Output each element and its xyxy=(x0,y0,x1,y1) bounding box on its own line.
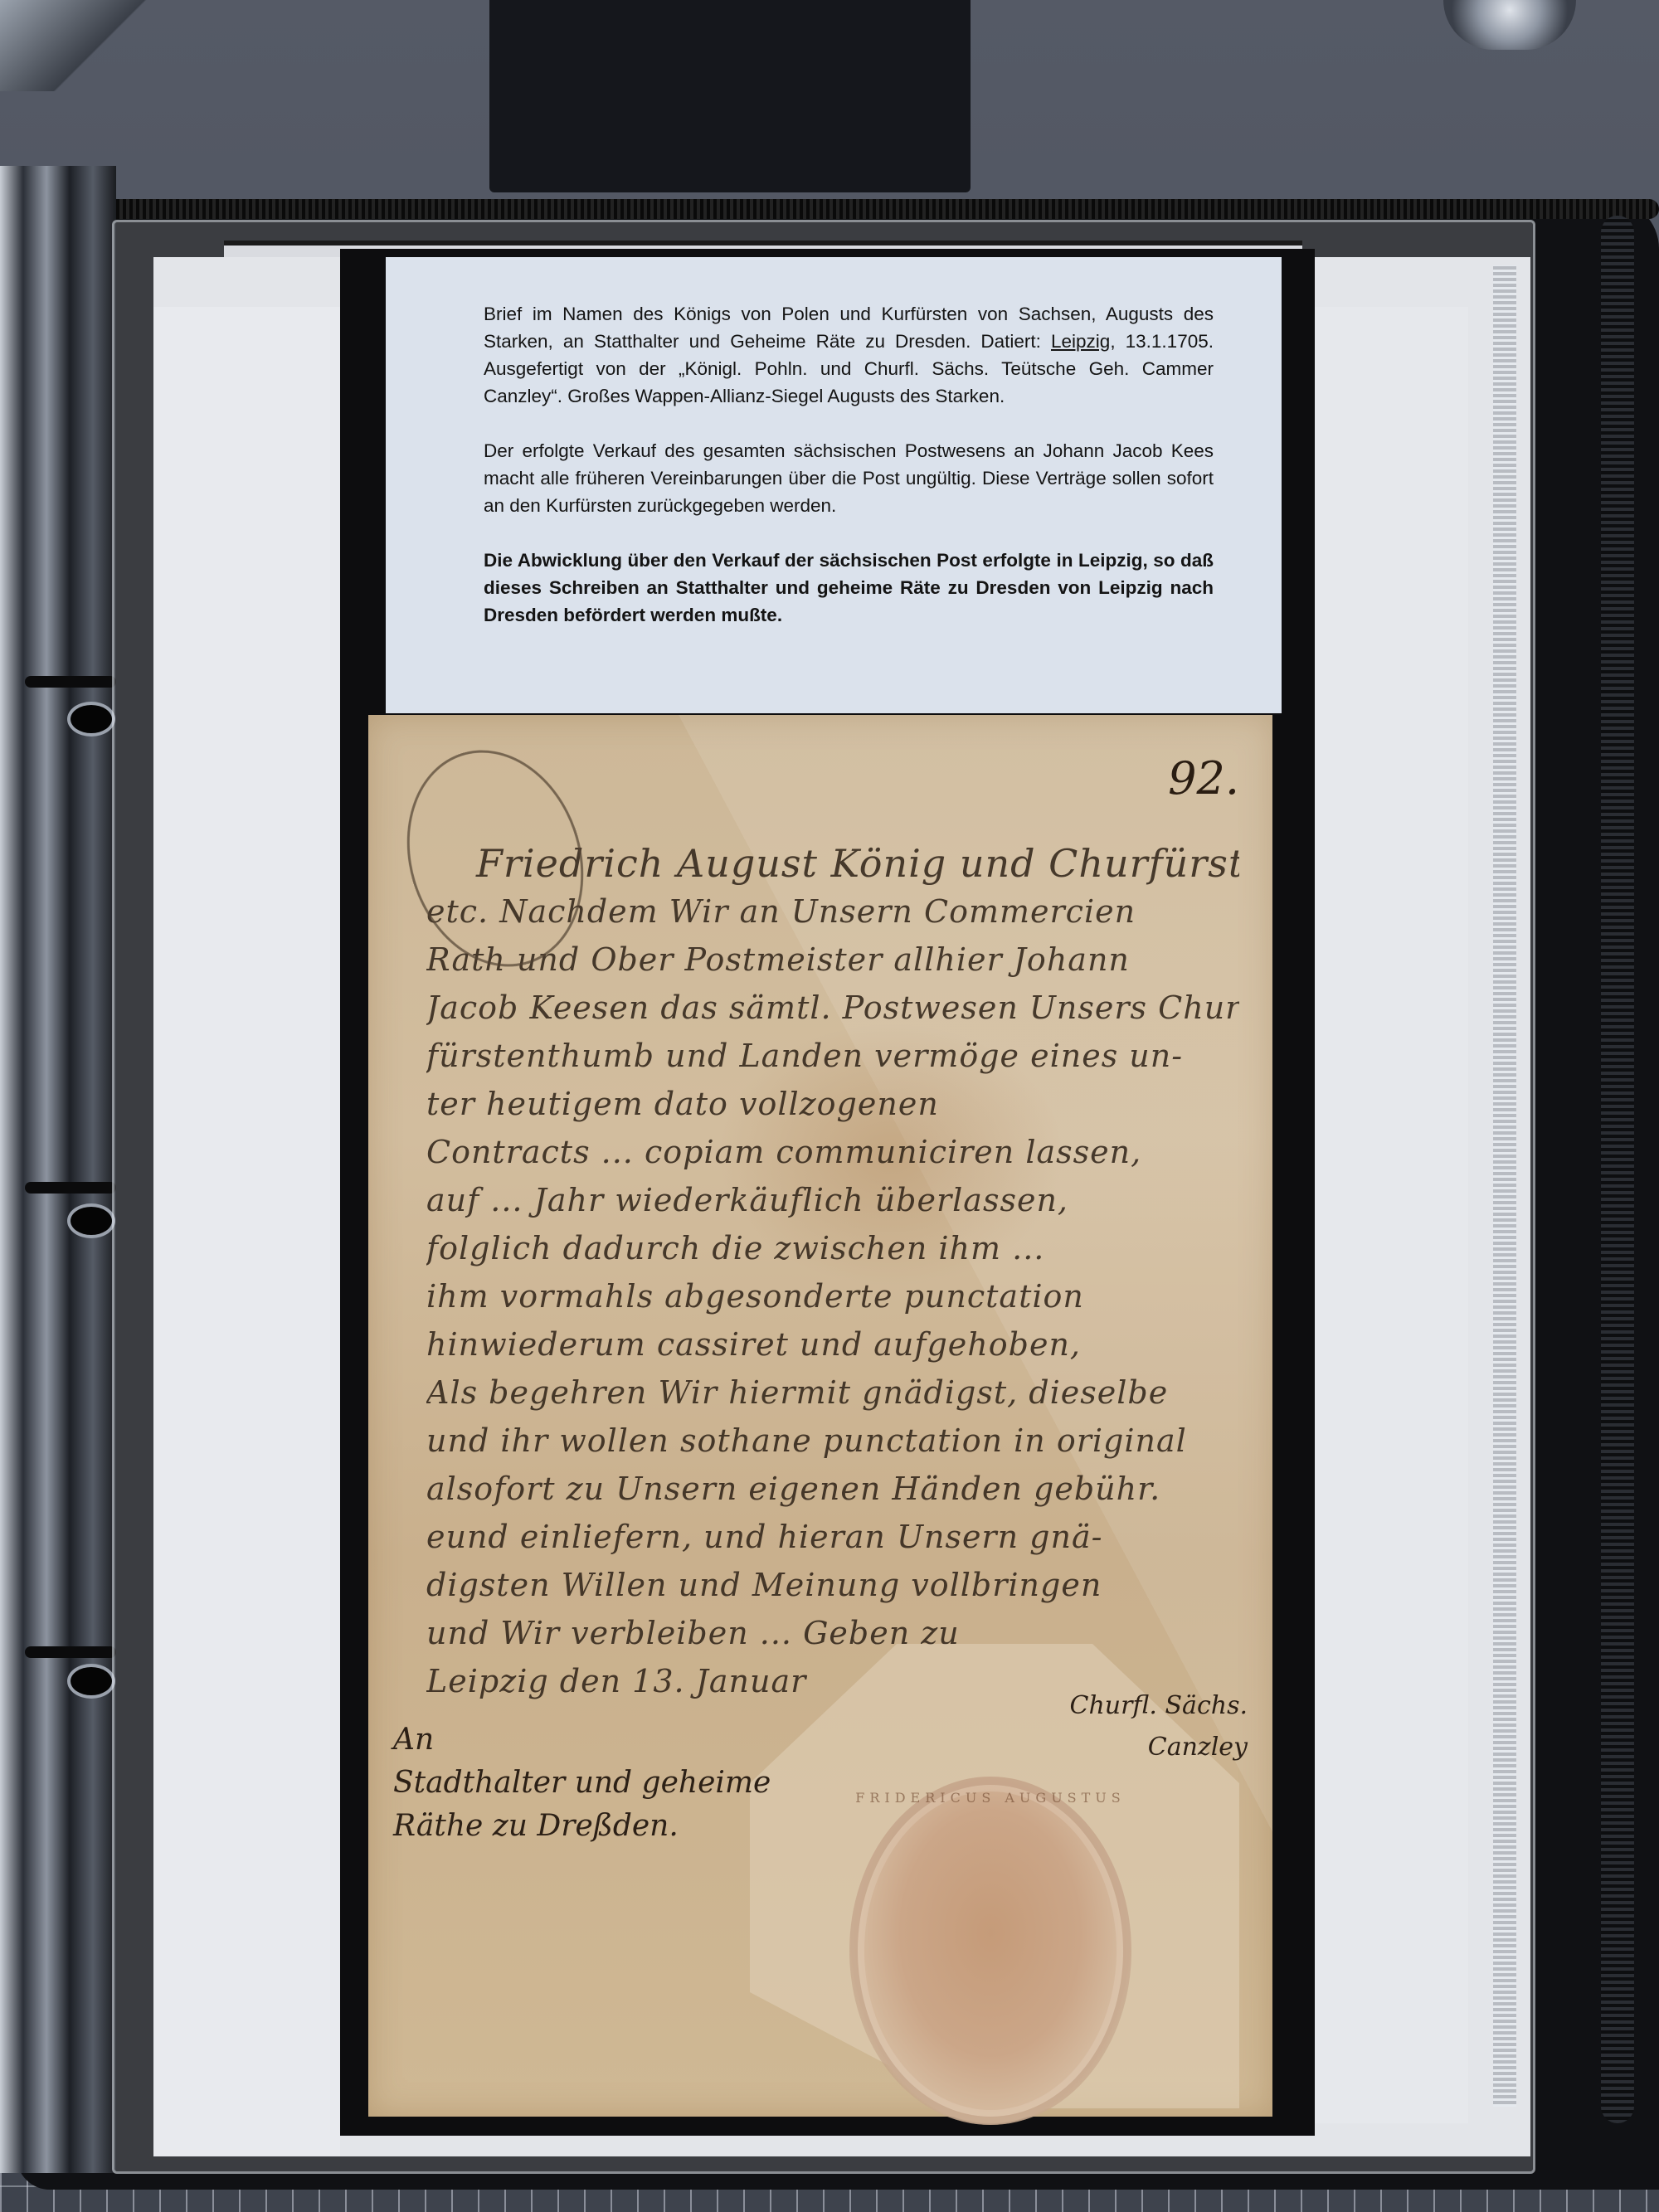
handwritten-line: ihm vormahls abgesonderte punctation xyxy=(426,1272,1239,1320)
handwritten-line: und Wir verbleiben ... Geben zu xyxy=(426,1609,1239,1657)
handwritten-line: auf ... Jahr wiederkäuflich überlassen, xyxy=(426,1176,1239,1224)
binder-zipper-top xyxy=(100,199,1659,219)
handwritten-line: und ihr wollen sothane punctation in ori… xyxy=(426,1417,1239,1465)
seal-legend: FRIDERICUS AUGUSTUS xyxy=(849,1790,1131,1806)
caption-paragraph-2: Der erfolgte Verkauf des gesamten sächsi… xyxy=(484,437,1214,519)
handwritten-line: Als begehren Wir hiermit gnädigst, diese… xyxy=(426,1369,1239,1417)
handwritten-line: ter heutigem dato vollzogenen xyxy=(426,1080,1239,1128)
binder-ring-mechanism xyxy=(0,166,116,2173)
caption-paragraph-1: Brief im Namen des Königs von Polen und … xyxy=(484,300,1214,410)
page-left-margin xyxy=(153,307,340,2156)
address-line: Stadthalter und geheime xyxy=(393,1762,771,1805)
chancery-signature: Churfl. Sächs. Canzley xyxy=(1069,1685,1248,1768)
binder-strap-buckle xyxy=(0,0,149,91)
handwritten-line: fürstenthumb und Landen vermöge eines un… xyxy=(426,1032,1239,1080)
caption-paragraph-3: Die Abwicklung über den Verkauf der säch… xyxy=(484,547,1214,629)
chancery-line: Canzley xyxy=(1069,1727,1248,1768)
binder-ring xyxy=(25,1646,116,1658)
historic-letter: 92. Friedrich August König und Churfürst… xyxy=(368,715,1272,2117)
handwritten-line: Contracts ... copiam communiciren lassen… xyxy=(426,1128,1239,1176)
binder-ring xyxy=(25,1182,116,1194)
caption-place-underlined: Leipzig xyxy=(1051,331,1110,352)
punch-hole-icon xyxy=(71,1207,112,1235)
binder-zipper-right xyxy=(1601,216,1634,2123)
binder-ring xyxy=(25,676,116,688)
handwritten-line: digsten Willen und Meinung vollbringen xyxy=(426,1561,1239,1609)
sleeve-edge xyxy=(1493,265,1516,2107)
handwritten-line: eund einliefern, und hieran Unsern gnä- xyxy=(426,1513,1239,1561)
page-right-margin xyxy=(1302,307,1468,2123)
handwritten-line: folglich dadurch die zwischen ihm ... xyxy=(426,1224,1239,1272)
handwritten-line: hinwiederum cassiret und aufgehoben, xyxy=(426,1320,1239,1369)
handwritten-body: Friedrich August König und Churfürst, et… xyxy=(426,839,1239,1705)
handwritten-line: Jacob Keesen das sämtl. Postwesen Unsers… xyxy=(426,984,1239,1032)
punch-hole-icon xyxy=(71,1667,112,1695)
folio-number: 92. xyxy=(1168,752,1239,805)
exhibit-caption-card: Brief im Namen des Königs von Polen und … xyxy=(386,257,1282,713)
paper-wax-seal-icon: FRIDERICUS AUGUSTUS xyxy=(849,1777,1131,2125)
letter-address: An Stadthalter und geheime Räthe zu Dreß… xyxy=(393,1719,771,1848)
scanner-stand xyxy=(489,0,971,192)
caption-text: Brief im Namen des Königs von Polen und … xyxy=(484,300,1214,656)
handwritten-line: alsofort zu Unsern eigenen Händen gebühr… xyxy=(426,1465,1239,1513)
address-line: An xyxy=(393,1719,771,1762)
punch-hole-icon xyxy=(71,705,112,733)
address-line: Räthe zu Dreßden. xyxy=(393,1805,771,1848)
chancery-line: Churfl. Sächs. xyxy=(1069,1685,1248,1727)
